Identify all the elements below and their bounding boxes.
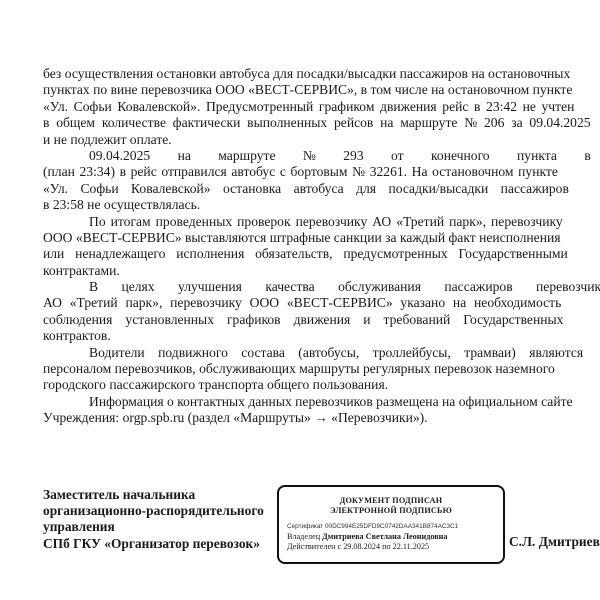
- text-line: 09.04.2025 на маршруте № 293 от конечног…: [43, 148, 600, 164]
- paragraph-contacts: Информация о контактных данных перевозчи…: [43, 394, 600, 427]
- signer-position-line: Заместитель начальника: [43, 487, 264, 503]
- owner-label: Владелец: [287, 532, 320, 541]
- text-line: ООО «ВЕСТ-СЕРВИС» выставляются штрафные …: [43, 230, 600, 246]
- text-line: контрактов.: [43, 328, 600, 344]
- text-line: АО «Третий парк», перевозчику ООО «ВЕСТ-…: [43, 295, 600, 311]
- text-line: Информация о контактных данных перевозчи…: [43, 394, 600, 410]
- paragraph-drivers: Водители подвижного состава (автобусы, т…: [43, 345, 600, 394]
- signer-position-line: управления: [43, 519, 264, 535]
- paragraph-missed-stops: без осуществления остановки автобуса для…: [43, 66, 600, 148]
- stamp-certificate: Сертификат 00DC994E25DFD9C0742DAA341B874…: [287, 523, 503, 530]
- text-line: персоналом перевозчиков, обслуживающих м…: [43, 361, 600, 377]
- text-line: В целях улучшения качества обслуживания …: [43, 279, 600, 295]
- text-line: соблюдения установленных графиков движен…: [43, 312, 600, 328]
- stamp-validity: Действителен с 29.08.2024 по 22.11.2025: [287, 542, 503, 552]
- signer-position-line: организационно-распорядительного: [43, 503, 264, 519]
- certificate-value: 00DC994E25DFD9C0742DAA341B874AC3C1: [325, 523, 458, 530]
- signer-name: С.Л. Дмитриева: [509, 534, 600, 550]
- stamp-heading-line: ЭЛЕКТРОННОЙ ПОДПИСЬЮ: [279, 506, 503, 516]
- signer-position: Заместитель начальника организационно-ра…: [43, 487, 264, 552]
- stamp-owner: Владелец Дмитриева Светлана Леонидовна: [287, 532, 503, 542]
- text-line: городского пассажирского транспорта обще…: [43, 377, 600, 393]
- certificate-label: Сертификат: [287, 523, 323, 530]
- text-line: контрактами.: [43, 263, 600, 279]
- document-page: без осуществления остановки автобуса для…: [0, 0, 600, 600]
- text-line: (план 23:34) в рейс отправился автобус с…: [43, 164, 600, 180]
- text-line: без осуществления остановки автобуса для…: [43, 66, 600, 82]
- paragraph-route-293: 09.04.2025 на маршруте № 293 от конечног…: [43, 148, 600, 214]
- signer-position-line: СПб ГКУ «Организатор перевозок»: [43, 536, 264, 552]
- paragraph-quality: В целях улучшения качества обслуживания …: [43, 279, 600, 345]
- owner-value: Дмитриева Светлана Леонидовна: [322, 532, 447, 541]
- stamp-heading-line: ДОКУМЕНТ ПОДПИСАН: [279, 496, 503, 506]
- text-line: По итогам проведенных проверок перевозчи…: [43, 214, 600, 230]
- text-line: в 23:58 не осуществлялась.: [43, 197, 600, 213]
- stamp-heading: ДОКУМЕНТ ПОДПИСАН ЭЛЕКТРОННОЙ ПОДПИСЬЮ: [279, 496, 503, 516]
- document-body: без осуществления остановки автобуса для…: [43, 66, 600, 427]
- text-line: Водители подвижного состава (автобусы, т…: [43, 345, 600, 361]
- text-line: и не подлежит оплате.: [43, 132, 600, 148]
- text-line: Учреждения: orgp.spb.ru (раздел «Маршрут…: [43, 410, 600, 426]
- text-line: или ненадлежащего исполнения обязательст…: [43, 246, 600, 262]
- text-line: «Ул. Софьи Ковалевской». Предусмотренный…: [43, 99, 600, 115]
- paragraph-penalties: По итогам проведенных проверок перевозчи…: [43, 214, 600, 280]
- text-line: пунктах по вине перевозчика ООО «ВЕСТ-СЕ…: [43, 82, 600, 98]
- text-line: «Ул. Софьи Ковалевской» остановка автобу…: [43, 181, 600, 197]
- electronic-signature-stamp: ДОКУМЕНТ ПОДПИСАН ЭЛЕКТРОННОЙ ПОДПИСЬЮ С…: [277, 485, 505, 564]
- text-line: в общем количестве фактически выполненны…: [43, 115, 600, 131]
